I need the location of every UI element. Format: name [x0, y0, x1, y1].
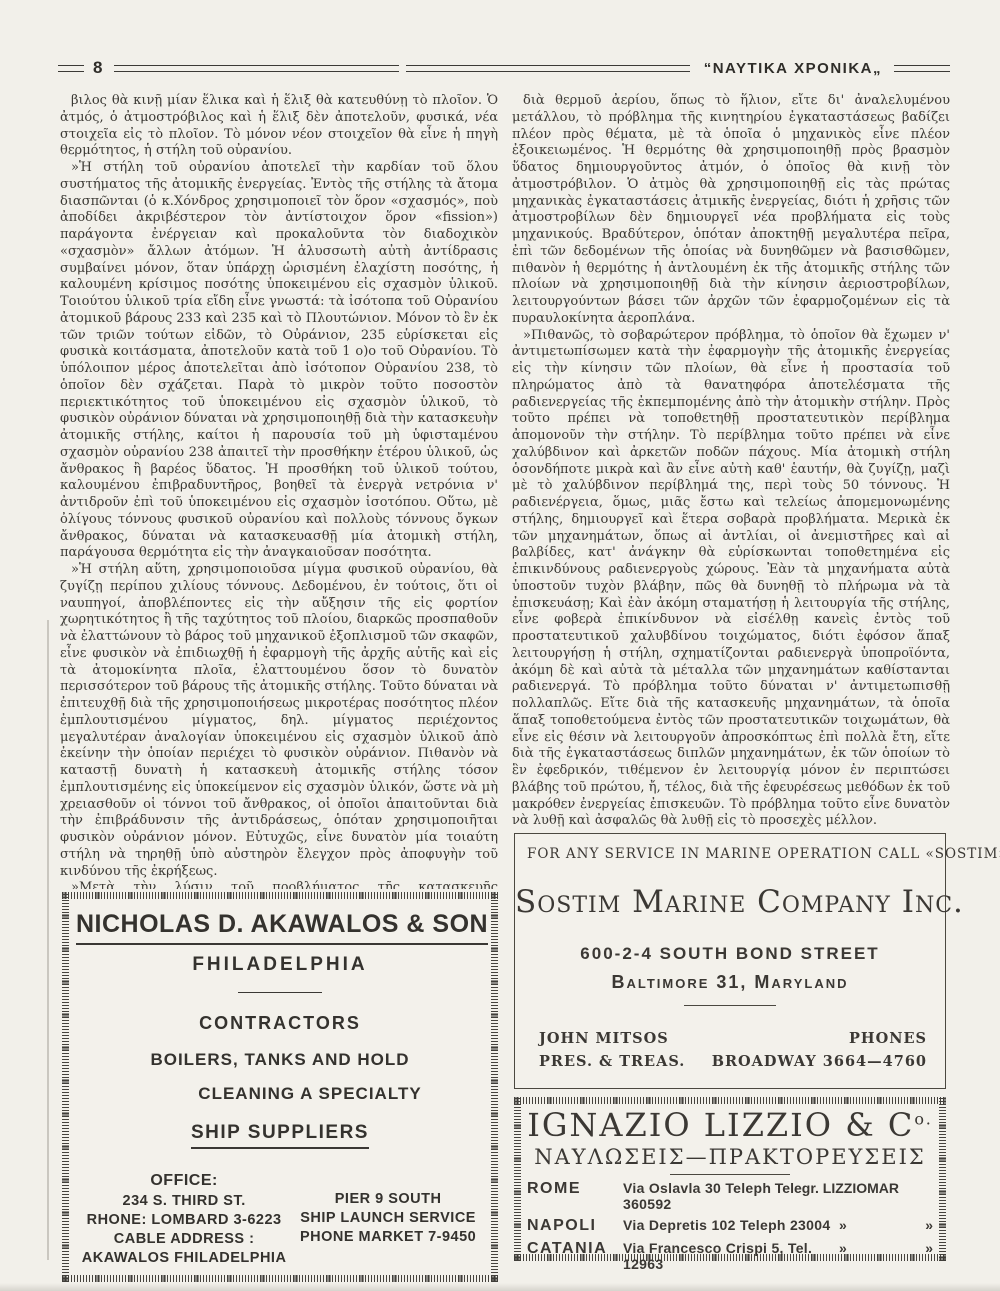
header-rule-right: [894, 65, 950, 72]
masthead-title: “ΝΑΥΤΙΚΑ ΧΡΟΝΙΚΑ„: [704, 60, 882, 77]
ad-lizzio-subtitle: ΝΑΥΛΩΣΕΙΣ—ΠΡΑΚΤΟΡΕΥΣΕΙΣ: [527, 1145, 933, 1169]
paragraph: διὰ θερμοῦ ἀερίου, ὅπως τὸ ἥλιον, εἴτε δ…: [512, 93, 950, 328]
paragraph: »Πιθανῶς, τὸ σοβαρώτερον πρόβλημα, τὸ ὁπ…: [512, 328, 950, 830]
ad-sostim-contact: JOHN MITSOS PRES. & TREAS.: [539, 1024, 685, 1070]
ad-lizzio-row: CATANIA Via Francesco Crispi 5, Tel. 129…: [527, 1240, 933, 1272]
office-address: 234 S. THIRD ST.: [76, 1193, 292, 1209]
decorative-border-left: [514, 1097, 521, 1261]
ad-akawalos: NICHOLAS D. AKAWALOS & SON FHILADELPHIA …: [62, 892, 498, 1282]
pier-phone: PHONE MARKET 7-9450: [292, 1229, 484, 1245]
ad-akawalos-line: CLEANING A SPECIALTY: [136, 1084, 484, 1104]
decorative-border-right: [939, 1097, 946, 1261]
cable-address: AKAWALOS FHILADELPHIA: [76, 1250, 292, 1266]
divider-rule: [670, 1174, 790, 1175]
decorative-border-top: [62, 892, 498, 899]
divider-rule: [238, 992, 322, 993]
phones-label: PHONES: [712, 1030, 927, 1047]
page-number: 8: [93, 58, 102, 78]
city: CATANIA: [527, 1240, 623, 1258]
header-rule-mid1: [114, 65, 398, 72]
ad-akawalos-line: BOILERS, TANKS AND HOLD: [76, 1050, 484, 1070]
ad-lizzio: IGNAZIO LIZZIO & Co. ΝΑΥΛΩΣΕΙΣ—ΠΡΑΚΤΟΡΕΥ…: [514, 1097, 946, 1261]
decorative-border-right: [491, 892, 498, 1282]
address: Via Oslavla 30 Teleph 360592: [623, 1180, 775, 1212]
address: Via Depretis 102 Teleph 23004: [623, 1217, 839, 1233]
paragraph: »Ἡ στήλη αὕτη, χρησιμοποιοῦσα μίγμα φυσι…: [60, 562, 498, 880]
article-column-left: βιλος θὰ κινῇ μίαν ἕλικα καὶ ἡ ἕλιξ θὰ κ…: [60, 93, 498, 889]
pier-service: SHIP LAUNCH SERVICE: [292, 1210, 484, 1226]
office-label: OFFICE:: [76, 1172, 292, 1190]
decorative-border-left: [62, 892, 69, 1282]
ad-akawalos-title: NICHOLAS D. AKAWALOS & SON: [76, 910, 488, 945]
paragraph: »Ἡ στήλη τοῦ οὐρανίου ἀποτελεῖ τὴν καρδί…: [60, 160, 498, 562]
ad-lizzio-name-text: IGNAZIO LIZZIO & C: [527, 1106, 914, 1144]
ad-akawalos-city: FHILADELPHIA: [76, 954, 484, 976]
ad-sostim: FOR ANY SERVICE IN MARINE OPERATION CALL…: [514, 833, 946, 1089]
office-phone: RHONE: LOMBARD 3-6223: [76, 1212, 292, 1228]
article-column-right: διὰ θερμοῦ ἀερίου, ὅπως τὸ ἥλιον, εἴτε δ…: [512, 93, 950, 829]
telegraph: »: [839, 1217, 899, 1233]
telegraph: »: [839, 1240, 899, 1256]
decorative-border-top: [514, 1097, 946, 1104]
ad-lizzio-name-sup: o.: [914, 1109, 932, 1128]
ad-akawalos-pier-block: PIER 9 SOUTH SHIP LAUNCH SERVICE PHONE M…: [292, 1169, 484, 1266]
ad-akawalos-office-block: OFFICE: 234 S. THIRD ST. RHONE: LOMBARD …: [76, 1169, 292, 1266]
ad-lizzio-name: IGNAZIO LIZZIO & Co.: [527, 1106, 933, 1144]
scan-edge-artifact: [47, 620, 49, 1260]
telegraph: Telegr. LIZZIOMAR: [775, 1180, 899, 1196]
contact-title: PRES. & TREAS.: [539, 1053, 685, 1070]
header-rule-left: [58, 65, 84, 72]
ad-sostim-street: 600-2-4 SOUTH BOND STREET: [515, 944, 945, 964]
page-header: 8 “ΝΑΥΤΙΚΑ ΧΡΟΝΙΚΑ„: [58, 58, 950, 78]
telegraph-ditto: »: [899, 1240, 933, 1256]
divider-rule: [684, 1005, 776, 1006]
decorative-border-bottom: [62, 1275, 498, 1282]
paragraph: βιλος θὰ κινῇ μίαν ἕλικα καὶ ἡ ἕλιξ θὰ κ…: [60, 93, 498, 160]
city: ROME: [527, 1180, 623, 1198]
scan-shadow-artifact: [0, 1283, 1000, 1291]
cable-label: CABLE ADDRESS :: [76, 1231, 292, 1247]
ad-sostim-city: Baltimore 31, Maryland: [515, 972, 945, 993]
ad-sostim-phones: PHONES BROADWAY 3664—4760: [712, 1024, 927, 1070]
contact-name: JOHN MITSOS: [539, 1030, 685, 1047]
header-rule-mid2: [406, 65, 690, 72]
ad-sostim-tagline: FOR ANY SERVICE IN MARINE OPERATION CALL…: [527, 846, 935, 862]
ad-akawalos-line: CONTRACTORS: [76, 1013, 484, 1034]
pier-address: PIER 9 SOUTH: [292, 1191, 484, 1207]
ad-sostim-name: Sostim Marine Company Inc.: [515, 884, 945, 920]
phone-number: BROADWAY 3664—4760: [712, 1053, 927, 1070]
telegraph-ditto: »: [899, 1217, 933, 1233]
city: NAPOLI: [527, 1217, 623, 1235]
paragraph: »Μετὰ τὴν λύσιν τοῦ προβλήματος τῆς κατα…: [60, 880, 498, 889]
ad-akawalos-line: SHIP SUPPLIERS: [191, 1122, 369, 1149]
ad-lizzio-row: NAPOLI Via Depretis 102 Teleph 23004 » »: [527, 1217, 933, 1235]
address: Via Francesco Crispi 5, Tel. 12963: [623, 1240, 839, 1272]
ad-lizzio-row: ROME Via Oslavla 30 Teleph 360592 Telegr…: [527, 1180, 933, 1212]
